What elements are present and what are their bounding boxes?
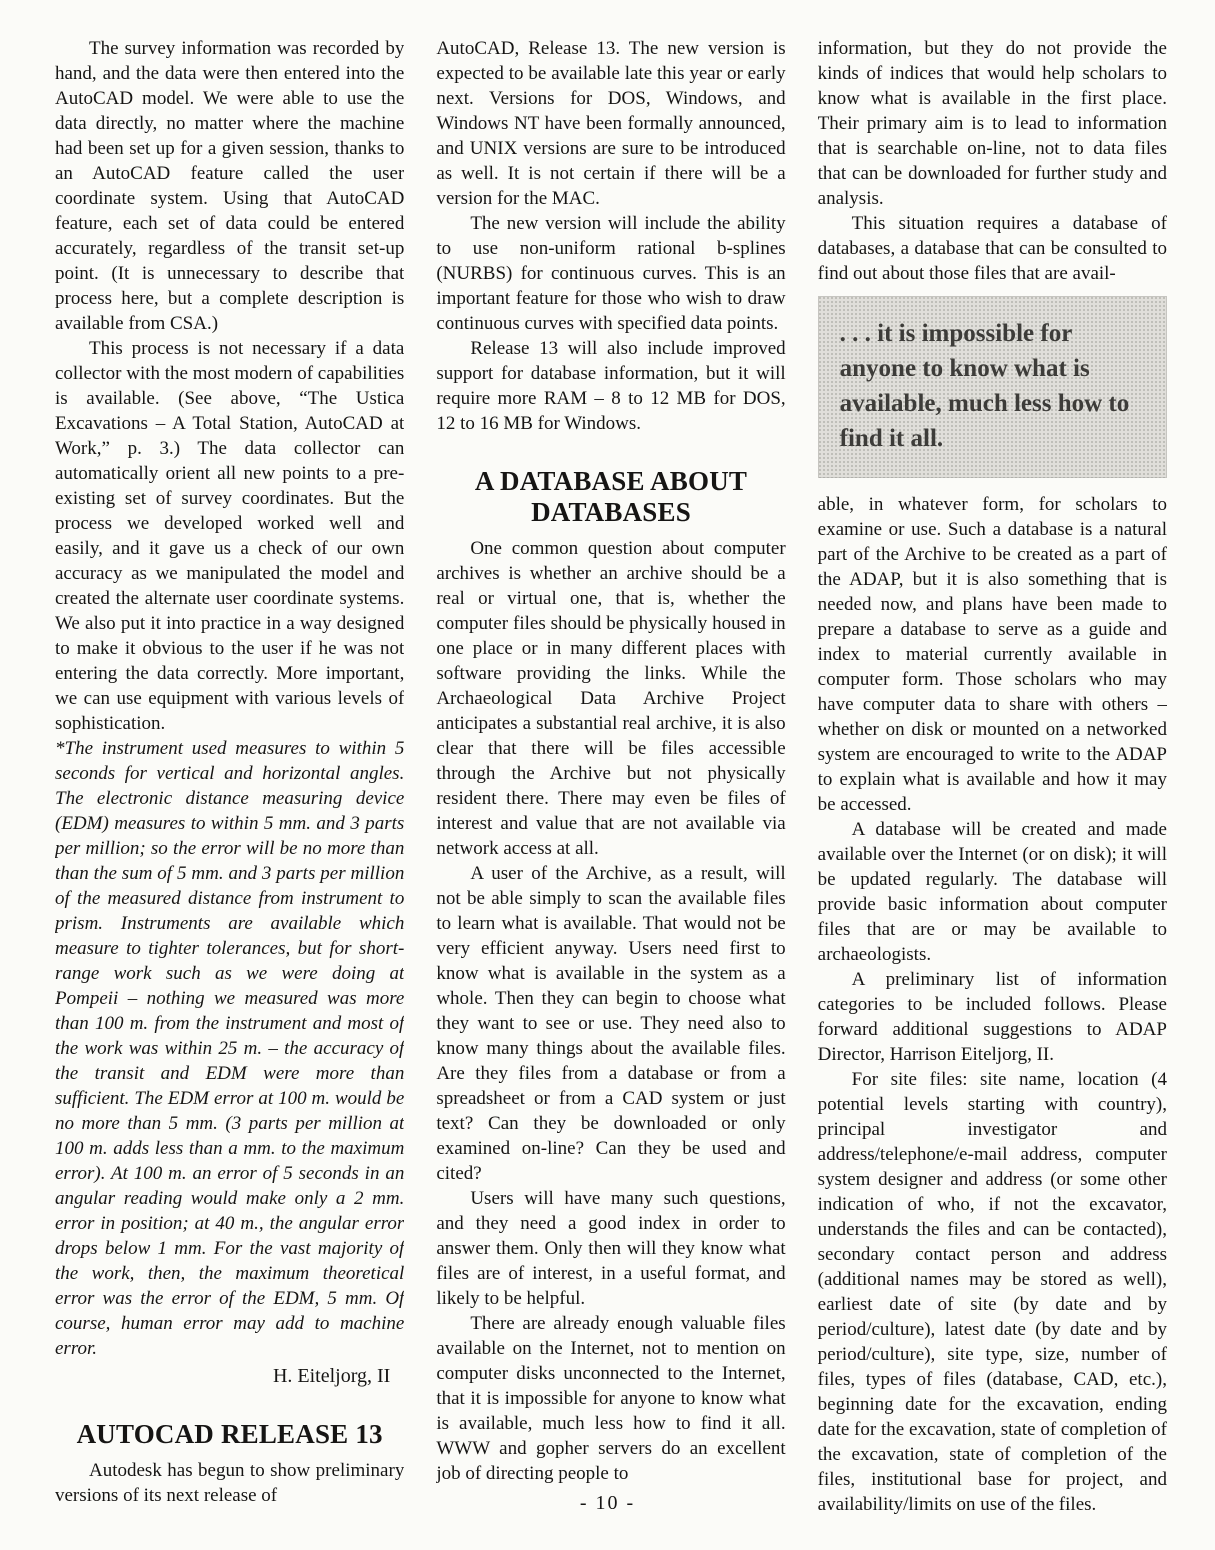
three-column-layout: The survey information was recorded by h… xyxy=(0,0,1215,1514)
paragraph-database-internet: A database will be created and made avai… xyxy=(818,817,1167,967)
pull-quote-text: . . . it is impossible for anyone to kno… xyxy=(840,316,1153,456)
scanned-newsletter-page: The survey information was recorded by h… xyxy=(0,0,1215,1550)
pull-quote-box: . . . it is impossible for anyone to kno… xyxy=(818,296,1167,478)
column-1: The survey information was recorded by h… xyxy=(55,36,404,1514)
paragraph-indices: information, but they do not provide the… xyxy=(818,36,1167,211)
page-number: - 10 - xyxy=(0,1492,1215,1515)
paragraph-survey-recorded: The survey information was recorded by h… xyxy=(55,36,404,336)
heading-database-about-databases: A DATABASE ABOUT DATABASES xyxy=(436,466,785,528)
paragraph-ram-requirements: Release 13 will also include improved su… xyxy=(436,336,785,436)
paragraph-data-collector: This process is not necessary if a data … xyxy=(55,336,404,736)
column-3: information, but they do not provide the… xyxy=(818,36,1167,1514)
paragraph-preliminary-list: A preliminary list of information catego… xyxy=(818,967,1167,1067)
paragraph-release13-versions: AutoCAD, Release 13. The new version is … xyxy=(436,36,785,211)
paragraph-available-form: able, in whatever form, for scholars to … xyxy=(818,492,1167,817)
paragraph-users-questions: Users will have many such questions, and… xyxy=(436,1186,785,1311)
paragraph-valuable-files: There are already enough valuable files … xyxy=(436,1311,785,1486)
heading-autocad-release-13: AUTOCAD RELEASE 13 xyxy=(55,1419,404,1450)
paragraph-database-of-databases: This situation requires a database of da… xyxy=(818,211,1167,286)
footnote-instrument-accuracy: *The instrument used measures to within … xyxy=(55,736,404,1361)
paragraph-archive-user: A user of the Archive, as a result, will… xyxy=(436,861,785,1186)
paragraph-nurbs: The new version will include the ability… xyxy=(436,211,785,336)
paragraph-real-or-virtual: One common question about computer archi… xyxy=(436,536,785,861)
author-signature: H. Eiteljorg, II xyxy=(55,1363,390,1389)
paragraph-site-files-categories: For site files: site name, location (4 p… xyxy=(818,1067,1167,1514)
column-2: AutoCAD, Release 13. The new version is … xyxy=(436,36,785,1514)
